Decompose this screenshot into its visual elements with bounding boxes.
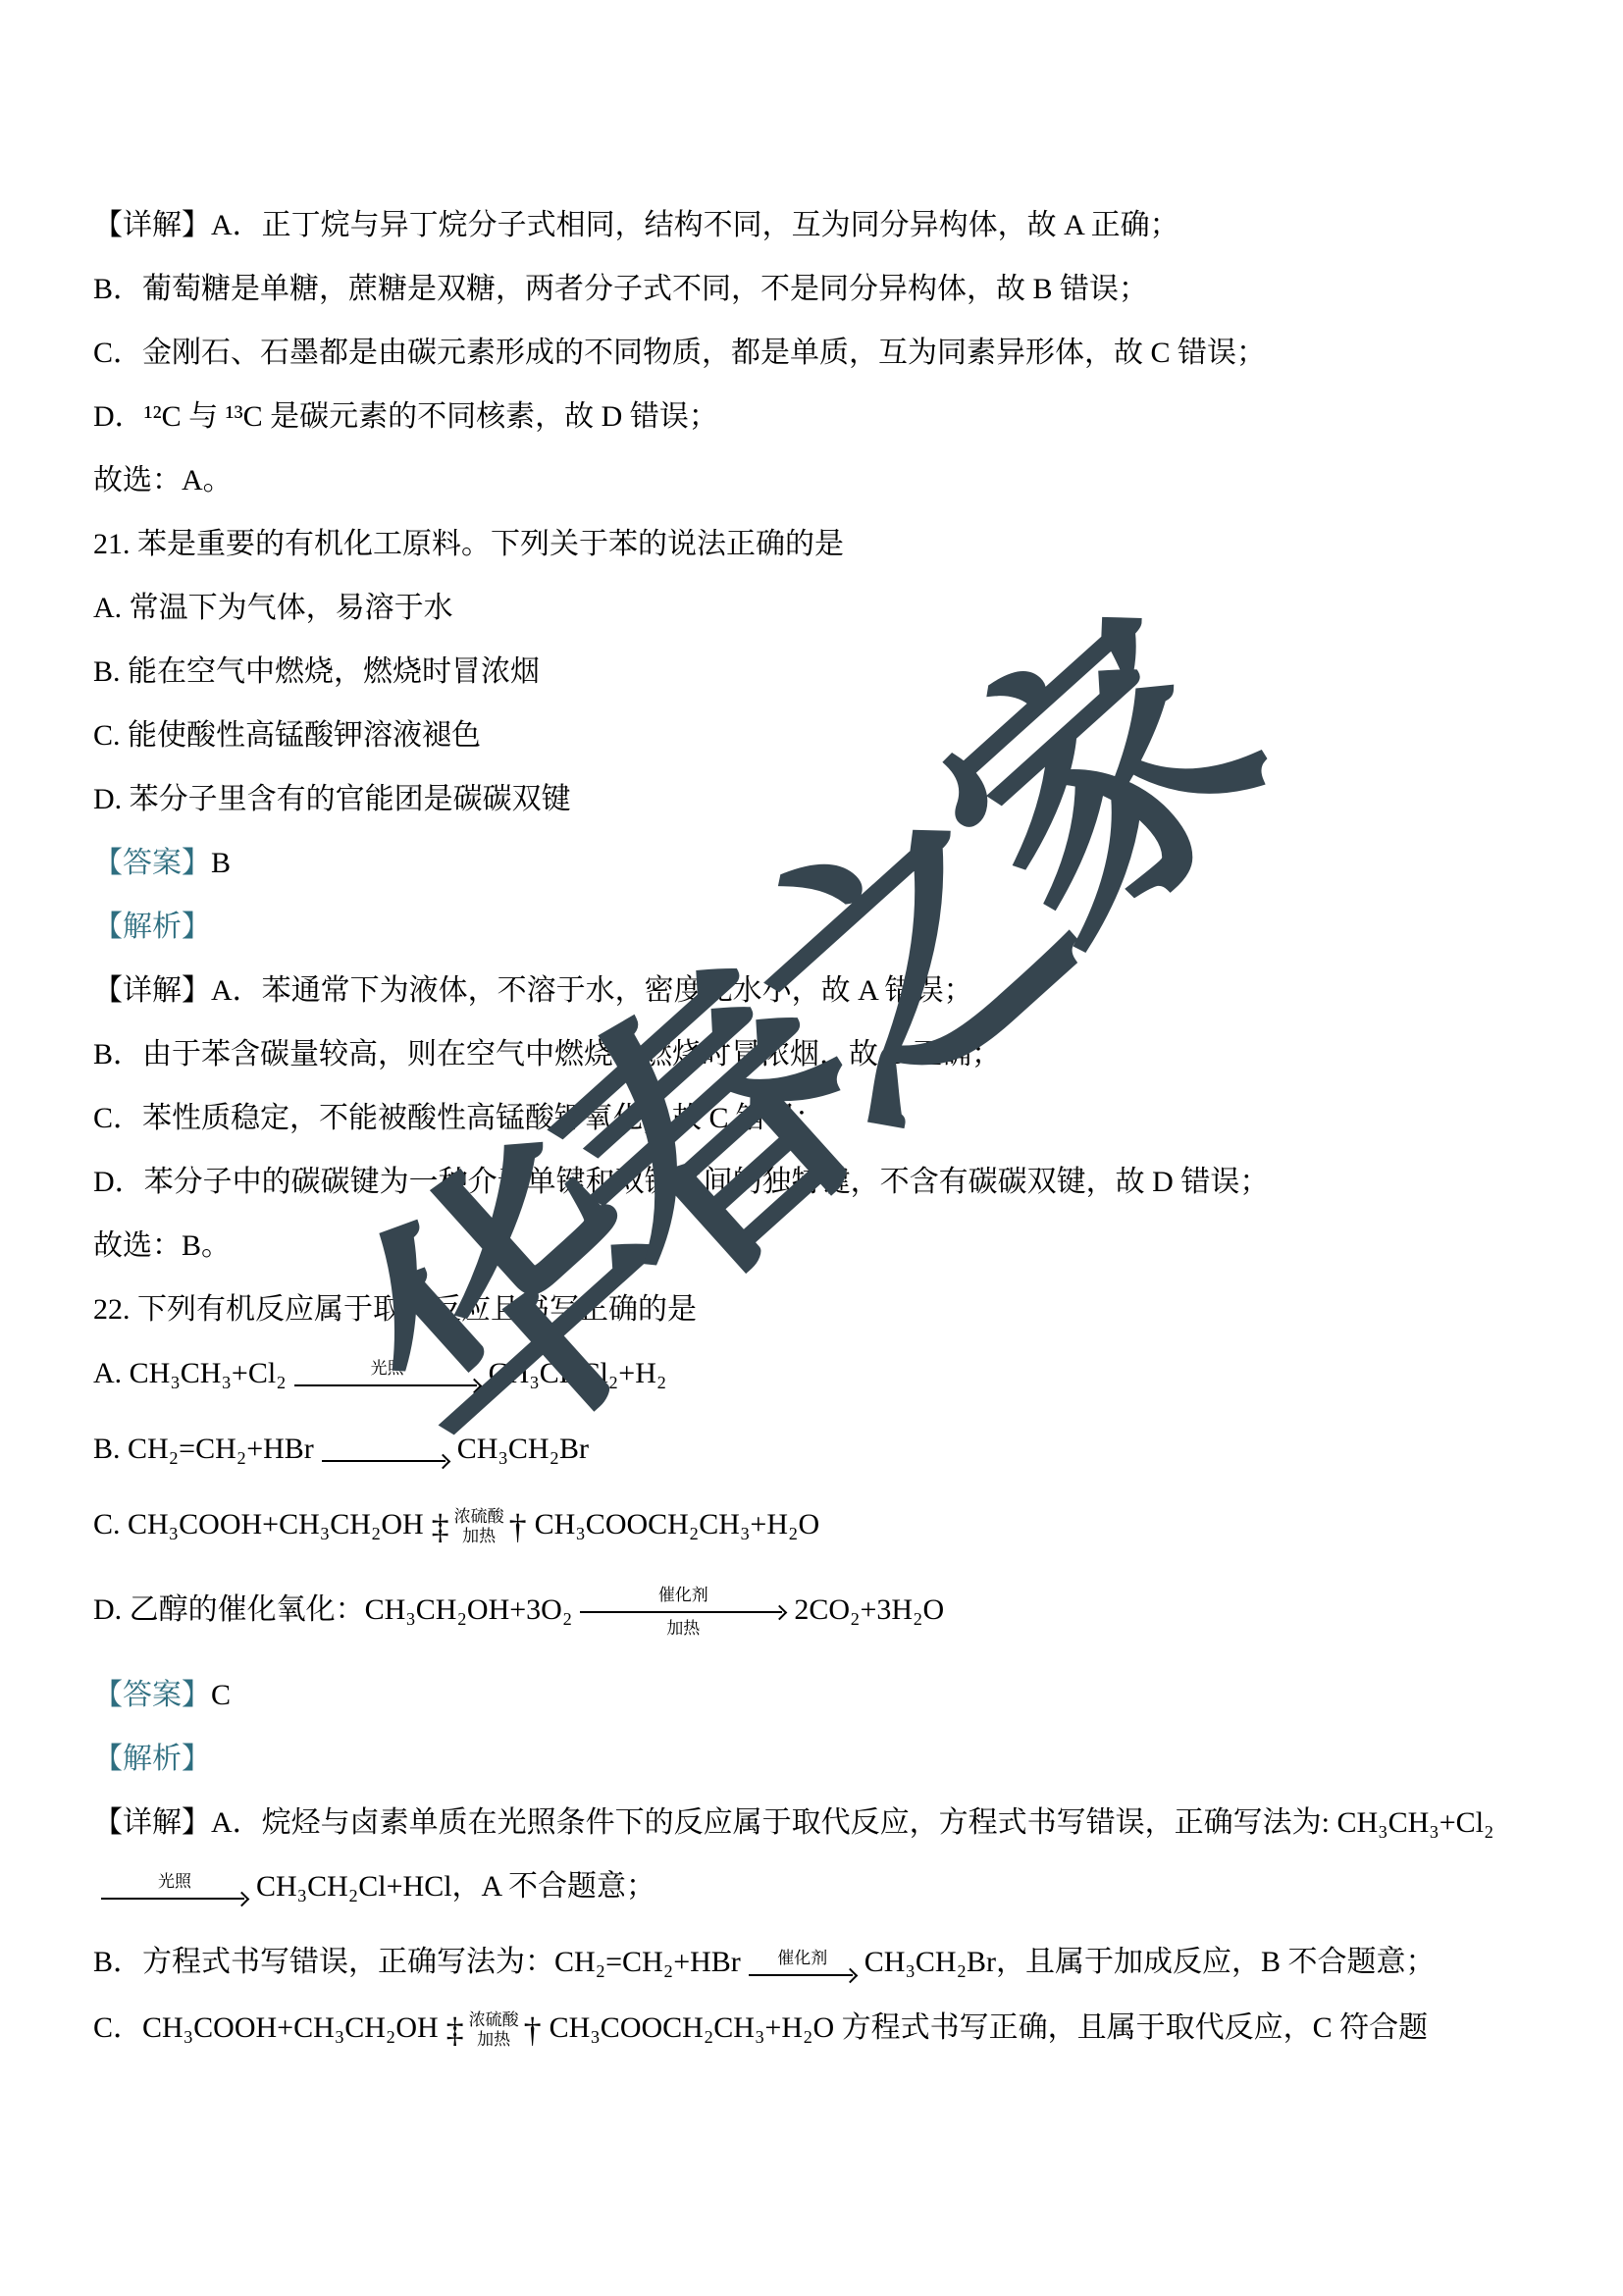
q20-conclusion: 故选：A。 bbox=[93, 463, 1545, 498]
text-segment: A. CH₃CH₃+Cl₂ bbox=[93, 1357, 287, 1389]
bracket-label: 【答案】 bbox=[93, 847, 211, 879]
text-segment: 故选：A。 bbox=[93, 464, 233, 496]
text-segment: B．方程式书写错误，正确写法为：CH₂=CH₂+HBr bbox=[93, 1946, 741, 1978]
q21-detail-b: B．由于苯含碳量较高，则在空气中燃烧，燃烧时冒浓烟，故 B 正确； bbox=[93, 1037, 1545, 1072]
arrow-condition-above: 催化剂 bbox=[777, 1949, 827, 1968]
reaction-arrow: 催化剂加热 bbox=[580, 1586, 786, 1639]
text-segment: C．金刚石、石墨都是由碳元素形成的不同物质，都是单质，互为同素异形体，故 C 错… bbox=[93, 337, 1266, 369]
text-segment: B bbox=[211, 847, 231, 879]
arrow-shaft bbox=[101, 1892, 248, 1905]
text-segment: B．由于苯含碳量较高，则在空气中燃烧，燃烧时冒浓烟，故 B 正确； bbox=[93, 1038, 1001, 1070]
reaction-arrow: 光照 bbox=[101, 1872, 248, 1905]
eq-condition-below: 加热 bbox=[462, 1527, 496, 1546]
equilibrium-arrow: ‡浓硫酸加热† bbox=[446, 2010, 542, 2050]
text-segment: C bbox=[211, 1679, 231, 1711]
q21-analysis: 【解析】 bbox=[93, 910, 1545, 945]
document-content: 【详解】A．正丁烷与异丁烷分子式相同，结构不同，互为同分异构体，故 A 正确；B… bbox=[93, 208, 1545, 2078]
equilibrium-left-glyph: ‡ bbox=[432, 1509, 449, 1544]
reaction-arrow: 光照 bbox=[294, 1359, 481, 1392]
q21-answer: 【答案】B bbox=[93, 846, 1545, 881]
bracket-label: 【解析】 bbox=[93, 911, 211, 943]
arrow-shaft bbox=[322, 1454, 449, 1468]
text-segment: 【详解】A．苯通常下为液体，不溶于水，密度比水小，故 A 错误； bbox=[93, 974, 973, 1007]
text-segment: B．葡萄糖是单糖，蔗糖是双糖，两者分子式不同，不是同分异构体，故 B 错误； bbox=[93, 273, 1148, 305]
equilibrium-left-glyph: ‡ bbox=[446, 2012, 464, 2048]
arrow-shaft bbox=[749, 1968, 857, 1982]
text-segment: B. 能在空气中燃烧，燃烧时冒浓烟 bbox=[93, 655, 540, 688]
q22-detail-a-2: 光照CH₃CH₂Cl+HCl，A 不合题意； bbox=[93, 1869, 1545, 1905]
text-segment: C. 能使酸性高锰酸钾溶液褪色 bbox=[93, 719, 481, 752]
equilibrium-conditions: 浓硫酸加热 bbox=[454, 1507, 504, 1546]
text-segment: D．¹²C 与 ¹³C 是碳元素的不同核素，故 D 错误； bbox=[93, 400, 718, 433]
text-segment: D. 苯分子里含有的官能团是碳碳双键 bbox=[93, 783, 571, 815]
exam-answer-page: 【详解】A．正丁烷与异丁烷分子式相同，结构不同，互为同分异构体，故 A 正确；B… bbox=[0, 0, 1623, 2296]
q22-detail-a-1: 【详解】A．烷烃与卤素单质在光照条件下的反应属于取代反应，方程式书写错误，正确写… bbox=[93, 1805, 1545, 1841]
text-segment: C．CH₃COOH+CH₃CH₂OH bbox=[93, 2011, 439, 2044]
arrow-shaft bbox=[580, 1605, 786, 1619]
reaction-arrow bbox=[322, 1435, 449, 1468]
text-segment: 【详解】A．正丁烷与异丁烷分子式相同，结构不同，互为同分异构体，故 A 正确； bbox=[93, 209, 1179, 241]
bracket-label: 【答案】 bbox=[93, 1679, 211, 1711]
q21-detail-a: 【详解】A．苯通常下为液体，不溶于水，密度比水小，故 A 错误； bbox=[93, 973, 1545, 1009]
text-segment: D. 乙醇的催化氧化：CH₃CH₂OH+3O₂ bbox=[93, 1593, 572, 1626]
equilibrium-conditions: 浓硫酸加热 bbox=[469, 2010, 519, 2050]
text-segment: C. CH₃COOH+CH₃CH₂OH bbox=[93, 1508, 424, 1540]
equilibrium-right-glyph: † bbox=[524, 2012, 542, 2048]
text-segment: 21. 苯是重要的有机化工原料。下列关于苯的说法正确的是 bbox=[93, 528, 844, 560]
text-segment: CH₃COOCH₂CH₃+H₂O bbox=[535, 1508, 819, 1540]
reaction-arrow: 催化剂 bbox=[749, 1949, 857, 1982]
q20-detail-c: C．金刚石、石墨都是由碳元素形成的不同物质，都是单质，互为同素异形体，故 C 错… bbox=[93, 336, 1545, 371]
q22-stem: 22. 下列有机反应属于取代反应且书写正确的是 bbox=[93, 1292, 1545, 1328]
arrow-condition-below: 加热 bbox=[666, 1619, 700, 1639]
text-segment: CH₃COOCH₂CH₃+H₂O 方程式书写正确，且属于取代反应，C 符合题 bbox=[550, 2011, 1428, 2044]
q22-answer: 【答案】C bbox=[93, 1678, 1545, 1713]
eq-condition-above: 浓硫酸 bbox=[469, 2010, 519, 2030]
q22-detail-c: C．CH₃COOH+CH₃CH₂OH‡浓硫酸加热†CH₃COOCH₂CH₃+H₂… bbox=[93, 2010, 1545, 2050]
q20-detail-b: B．葡萄糖是单糖，蔗糖是双糖，两者分子式不同，不是同分异构体，故 B 错误； bbox=[93, 272, 1545, 307]
q21-detail-c: C．苯性质稳定，不能被酸性高锰酸钾氧化，故 C 错误； bbox=[93, 1101, 1545, 1136]
text-segment: 【详解】A．烷烃与卤素单质在光照条件下的反应属于取代反应，方程式书写错误，正确写… bbox=[93, 1806, 1494, 1839]
q21-option-a: A. 常温下为气体，易溶于水 bbox=[93, 591, 1545, 626]
q21-option-b: B. 能在空气中燃烧，燃烧时冒浓烟 bbox=[93, 654, 1545, 690]
text-segment: CH₃CH₂Br bbox=[457, 1433, 589, 1465]
q22-detail-b: B．方程式书写错误，正确写法为：CH₂=CH₂+HBr催化剂CH₃CH₂Br，且… bbox=[93, 1945, 1545, 1981]
text-segment: 2CO₂+3H₂O bbox=[794, 1593, 944, 1626]
eq-condition-below: 加热 bbox=[477, 2030, 510, 2050]
bracket-label: 【解析】 bbox=[93, 1743, 211, 1775]
q21-option-d: D. 苯分子里含有的官能团是碳碳双键 bbox=[93, 782, 1545, 817]
text-segment: B. CH₂=CH₂+HBr bbox=[93, 1433, 314, 1465]
equilibrium-arrow: ‡浓硫酸加热† bbox=[432, 1507, 527, 1546]
q20-detail-d: D．¹²C 与 ¹³C 是碳元素的不同核素，故 D 错误； bbox=[93, 399, 1545, 435]
q21-option-c: C. 能使酸性高锰酸钾溶液褪色 bbox=[93, 718, 1545, 754]
text-segment: 22. 下列有机反应属于取代反应且书写正确的是 bbox=[93, 1293, 697, 1326]
text-segment: CH₃CH₂Cl+HCl，A 不合题意； bbox=[256, 1870, 655, 1903]
equilibrium-right-glyph: † bbox=[509, 1509, 527, 1544]
text-segment: A. 常温下为气体，易溶于水 bbox=[93, 592, 453, 624]
text-segment: 故选：B。 bbox=[93, 1229, 231, 1262]
q21-stem: 21. 苯是重要的有机化工原料。下列关于苯的说法正确的是 bbox=[93, 527, 1545, 562]
q22-analysis: 【解析】 bbox=[93, 1742, 1545, 1777]
arrow-condition-above: 催化剂 bbox=[658, 1586, 708, 1605]
q22-option-b: B. CH₂=CH₂+HBr CH₃CH₂Br bbox=[93, 1432, 1545, 1468]
text-segment: C．苯性质稳定，不能被酸性高锰酸钾氧化，故 C 错误； bbox=[93, 1102, 824, 1134]
arrow-condition-above: 光照 bbox=[158, 1872, 191, 1892]
q22-option-a: A. CH₃CH₃+Cl₂光照CH₃CHCl₂+H₂ bbox=[93, 1356, 1545, 1392]
q22-option-d: D. 乙醇的催化氧化：CH₃CH₂OH+3O₂催化剂加热2CO₂+3H₂O bbox=[93, 1586, 1545, 1639]
text-segment: D．苯分子中的碳碳键为一种介于单键和双键之间的独特键，不含有碳碳双键，故 D 错… bbox=[93, 1166, 1269, 1198]
q22-option-c: C. CH₃COOH+CH₃CH₂OH‡浓硫酸加热†CH₃COOCH₂CH₃+H… bbox=[93, 1507, 1545, 1546]
text-segment: CH₃CH₂Br，且属于加成反应，B 不合题意； bbox=[864, 1946, 1436, 1978]
eq-condition-above: 浓硫酸 bbox=[454, 1507, 504, 1527]
q21-detail-d: D．苯分子中的碳碳键为一种介于单键和双键之间的独特键，不含有碳碳双键，故 D 错… bbox=[93, 1165, 1545, 1200]
q21-conclusion: 故选：B。 bbox=[93, 1228, 1545, 1264]
arrow-shaft bbox=[294, 1379, 481, 1392]
arrow-condition-above bbox=[384, 1435, 388, 1454]
arrow-condition-above: 光照 bbox=[371, 1359, 404, 1379]
text-segment: CH₃CHCl₂+H₂ bbox=[489, 1357, 667, 1389]
q20-detail-a: 【详解】A．正丁烷与异丁烷分子式相同，结构不同，互为同分异构体，故 A 正确； bbox=[93, 208, 1545, 243]
